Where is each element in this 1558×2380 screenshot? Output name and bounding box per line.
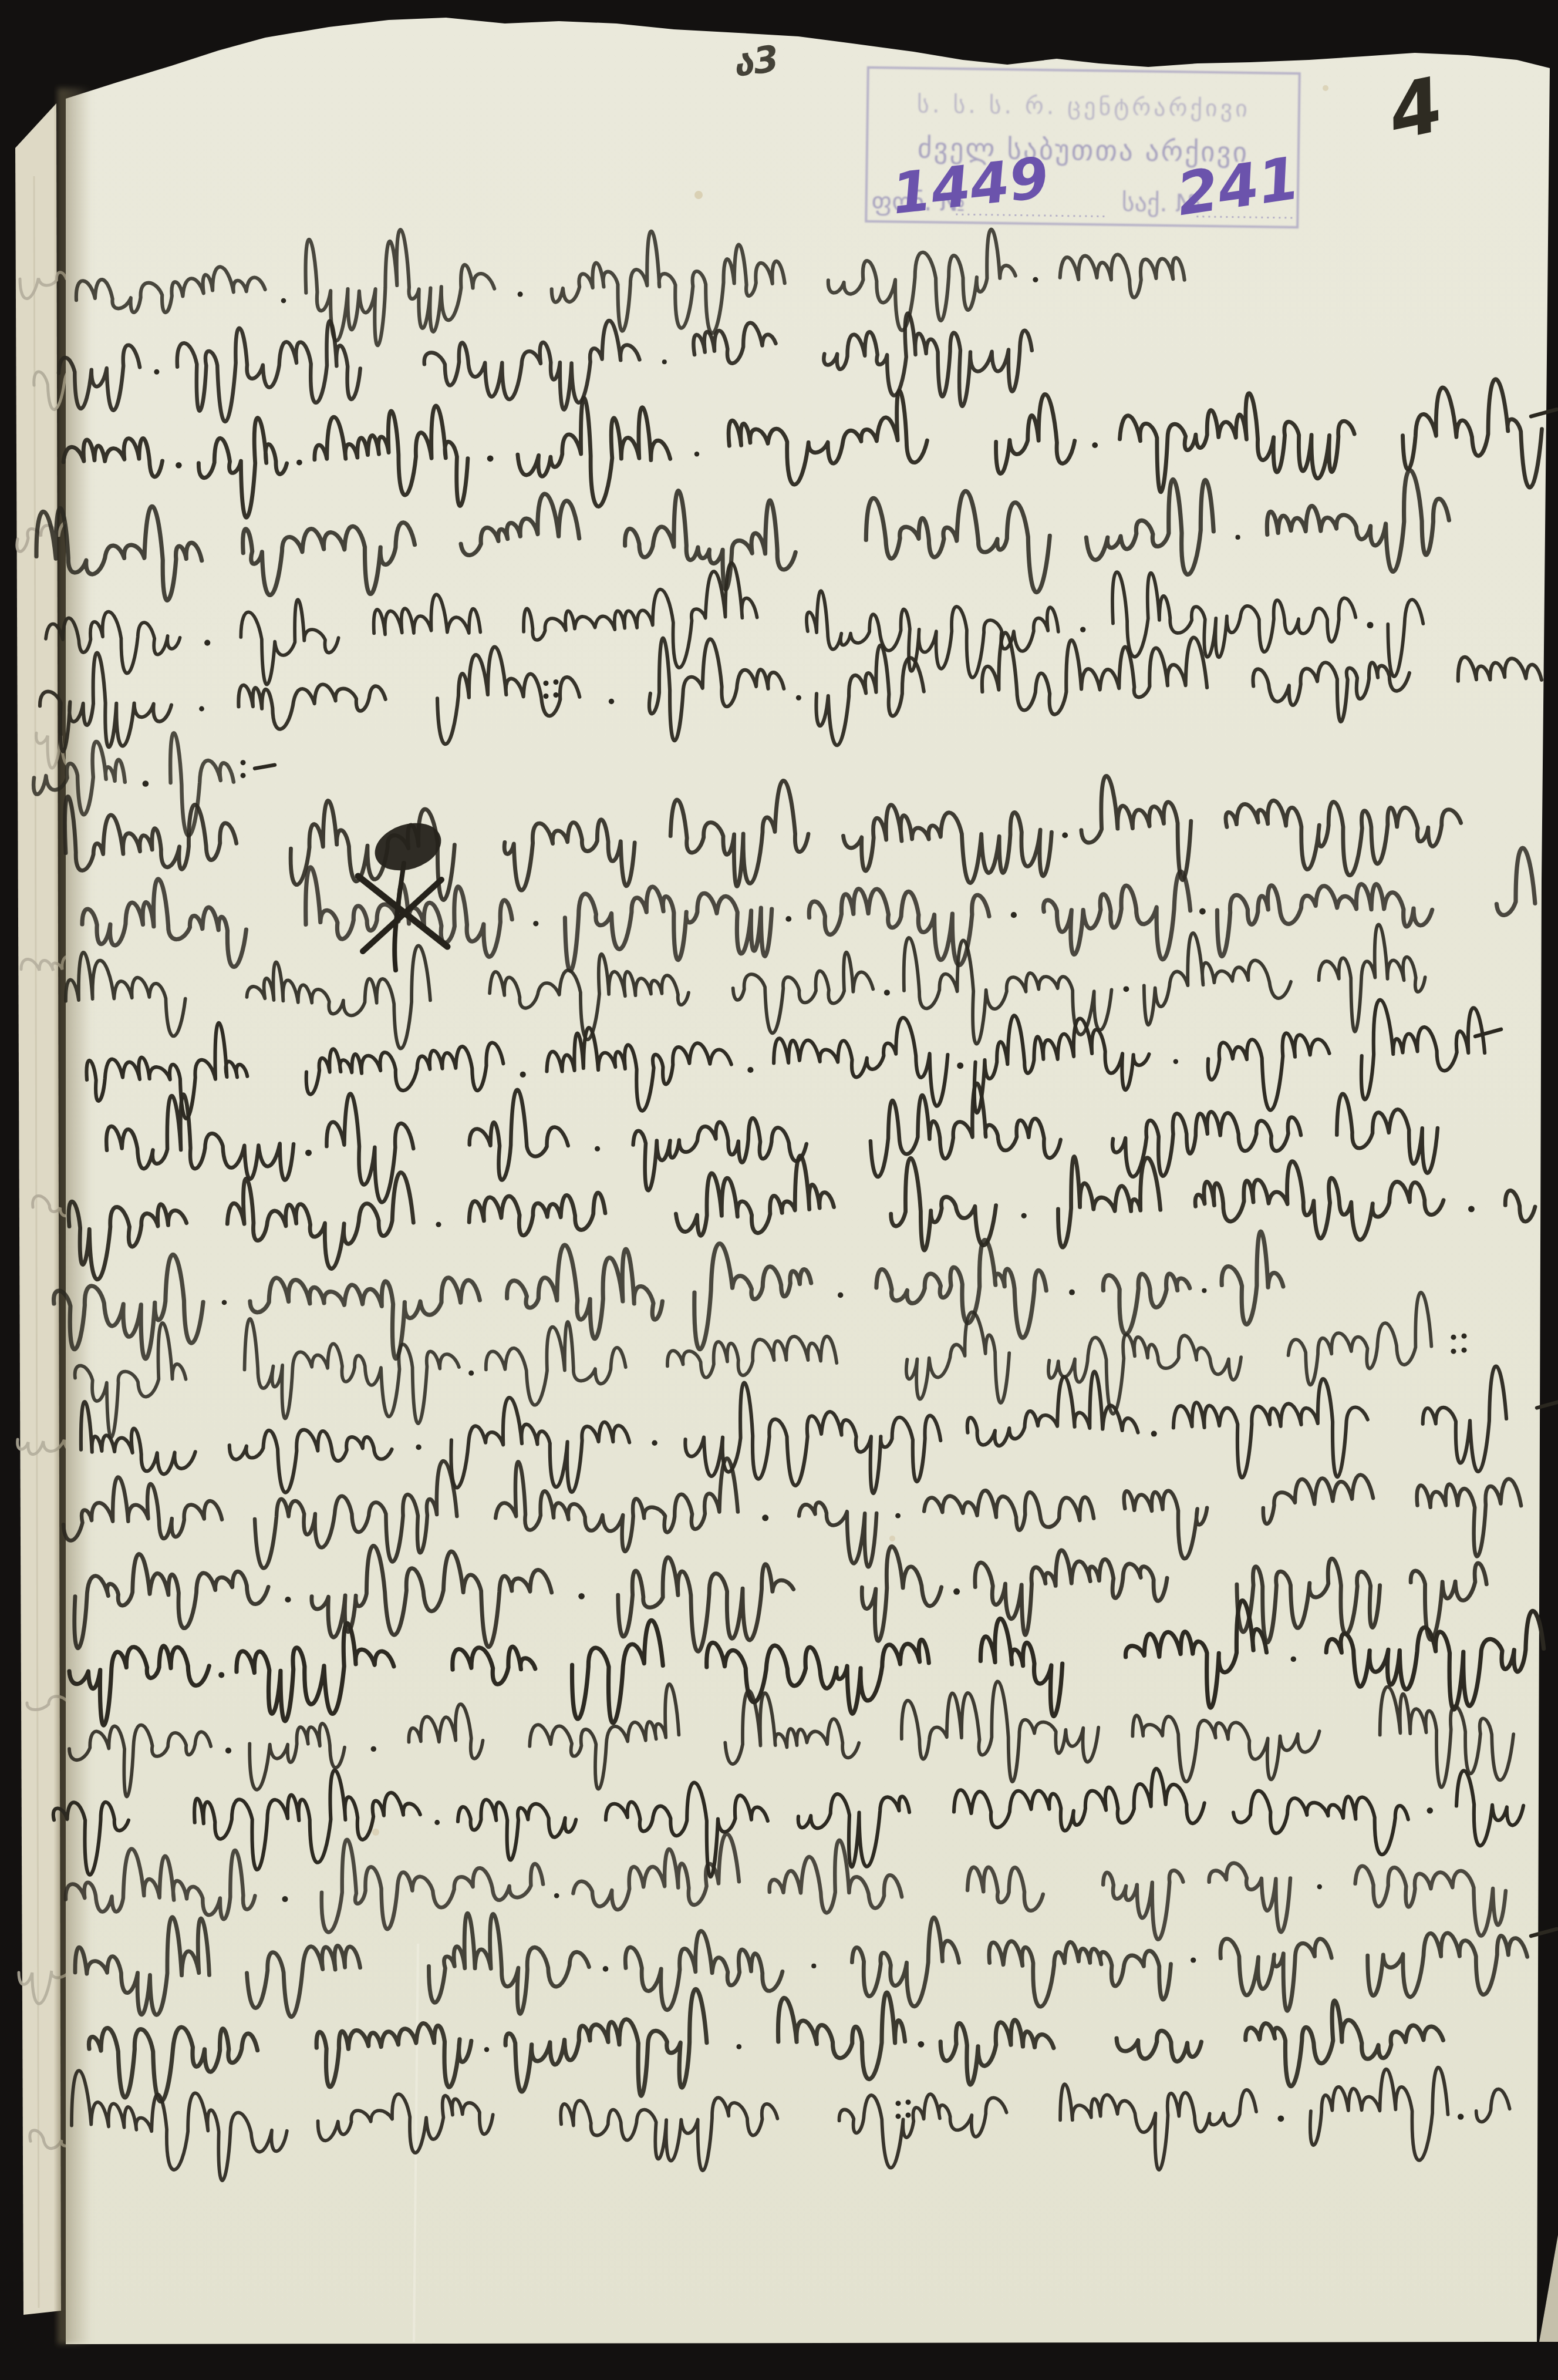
word-separator-dot	[762, 1514, 768, 1521]
word-separator-dot	[225, 1748, 231, 1753]
word-separator-dot	[285, 1597, 291, 1603]
double-colon-mark	[544, 694, 549, 699]
word-separator-dot	[578, 1593, 585, 1600]
word-separator-dot	[1021, 1213, 1027, 1218]
word-separator-dot	[204, 640, 210, 646]
corner-mark: ა3	[731, 37, 781, 85]
word-separator-dot	[518, 292, 523, 297]
word-separator-dot	[154, 369, 159, 375]
double-colon-mark	[1451, 1335, 1456, 1340]
word-separator-dot	[1151, 1431, 1157, 1437]
word-separator-dot	[282, 1896, 288, 1902]
word-separator-dot	[1069, 1290, 1075, 1295]
scan-canvas: ს. ს. ს. რ. ცენტრარქივი ძველ საბუთთა არქ…	[0, 0, 1558, 2380]
word-separator-dot	[487, 455, 494, 462]
word-separator-dot	[747, 1067, 753, 1073]
word-separator-dot	[811, 1964, 816, 1968]
word-separator-dot	[953, 1588, 960, 1595]
word-separator-dot	[416, 1445, 421, 1450]
word-separator-dot	[884, 989, 890, 995]
word-separator-dot	[1191, 1957, 1196, 1962]
double-colon-mark	[1451, 1349, 1456, 1354]
foxing-spot	[372, 1829, 379, 1836]
word-separator-dot	[1080, 627, 1085, 632]
word-separator-dot	[662, 359, 667, 364]
colon-mark	[241, 760, 246, 765]
gutter-shadow	[58, 88, 92, 2344]
word-separator-dot	[222, 1300, 227, 1305]
foxing-spot	[889, 1536, 895, 1541]
double-colon-mark	[896, 2113, 901, 2119]
word-separator-dot	[1291, 1657, 1296, 1662]
archive-stamp-line1: ს. ს. ს. რ. ცენტრარქივი	[917, 91, 1250, 123]
double-colon-mark	[1462, 1348, 1467, 1353]
double-colon-mark	[1462, 1334, 1467, 1339]
word-separator-dot	[957, 1062, 963, 1069]
word-separator-dot	[918, 2041, 925, 2048]
word-separator-dot	[371, 1746, 376, 1752]
manuscript-scan: ს. ს. ს. რ. ცენტრარქივი ძველ საბუთთა არქ…	[0, 0, 1558, 2380]
word-separator-dot	[520, 1072, 526, 1078]
word-separator-dot	[1317, 1884, 1322, 1889]
word-separator-dot	[785, 916, 791, 922]
word-separator-dot	[533, 921, 538, 926]
word-separator-dot	[609, 699, 614, 704]
word-separator-dot	[281, 298, 286, 304]
double-colon-mark	[544, 681, 549, 686]
word-separator-dot	[305, 1150, 312, 1156]
word-separator-dot	[554, 1893, 559, 1898]
word-separator-dot	[468, 1371, 474, 1376]
word-separator-dot	[1033, 277, 1038, 282]
word-separator-dot	[694, 452, 699, 456]
word-separator-dot	[176, 462, 181, 468]
word-separator-dot	[1173, 1059, 1178, 1064]
word-separator-dot	[1468, 1206, 1475, 1213]
word-separator-dot	[1427, 1807, 1433, 1813]
double-colon-mark	[906, 2112, 911, 2118]
word-separator-dot	[484, 2047, 489, 2052]
word-separator-dot	[1199, 908, 1206, 915]
double-colon-mark	[896, 2100, 901, 2106]
word-separator-dot	[1236, 535, 1240, 540]
word-separator-dot	[1011, 912, 1017, 918]
word-separator-dot	[838, 1292, 843, 1298]
double-colon-mark	[906, 2099, 911, 2105]
word-separator-dot	[1367, 622, 1374, 628]
word-separator-dot	[1202, 1288, 1206, 1293]
word-separator-dot	[796, 695, 801, 701]
word-separator-dot	[1062, 833, 1068, 839]
word-separator-dot	[1124, 986, 1129, 992]
word-separator-dot	[296, 460, 302, 466]
word-separator-dot	[143, 780, 149, 787]
word-separator-dot	[434, 1820, 440, 1825]
word-separator-dot	[1458, 2113, 1463, 2119]
word-separator-dot	[603, 1966, 609, 1972]
word-separator-dot	[595, 1146, 600, 1152]
double-colon-mark	[554, 679, 559, 685]
double-colon-mark	[554, 692, 559, 698]
word-separator-dot	[737, 2044, 742, 2049]
word-separator-dot	[652, 1440, 657, 1446]
foxing-spot	[694, 191, 703, 199]
word-separator-dot	[1278, 2115, 1284, 2122]
word-separator-dot	[199, 706, 204, 712]
word-separator-dot	[895, 1513, 901, 1519]
foxing-spot	[1323, 85, 1328, 91]
word-separator-dot	[436, 1222, 441, 1227]
word-separator-dot	[1092, 442, 1098, 448]
word-separator-dot	[218, 1672, 224, 1678]
colon-mark	[241, 773, 246, 778]
